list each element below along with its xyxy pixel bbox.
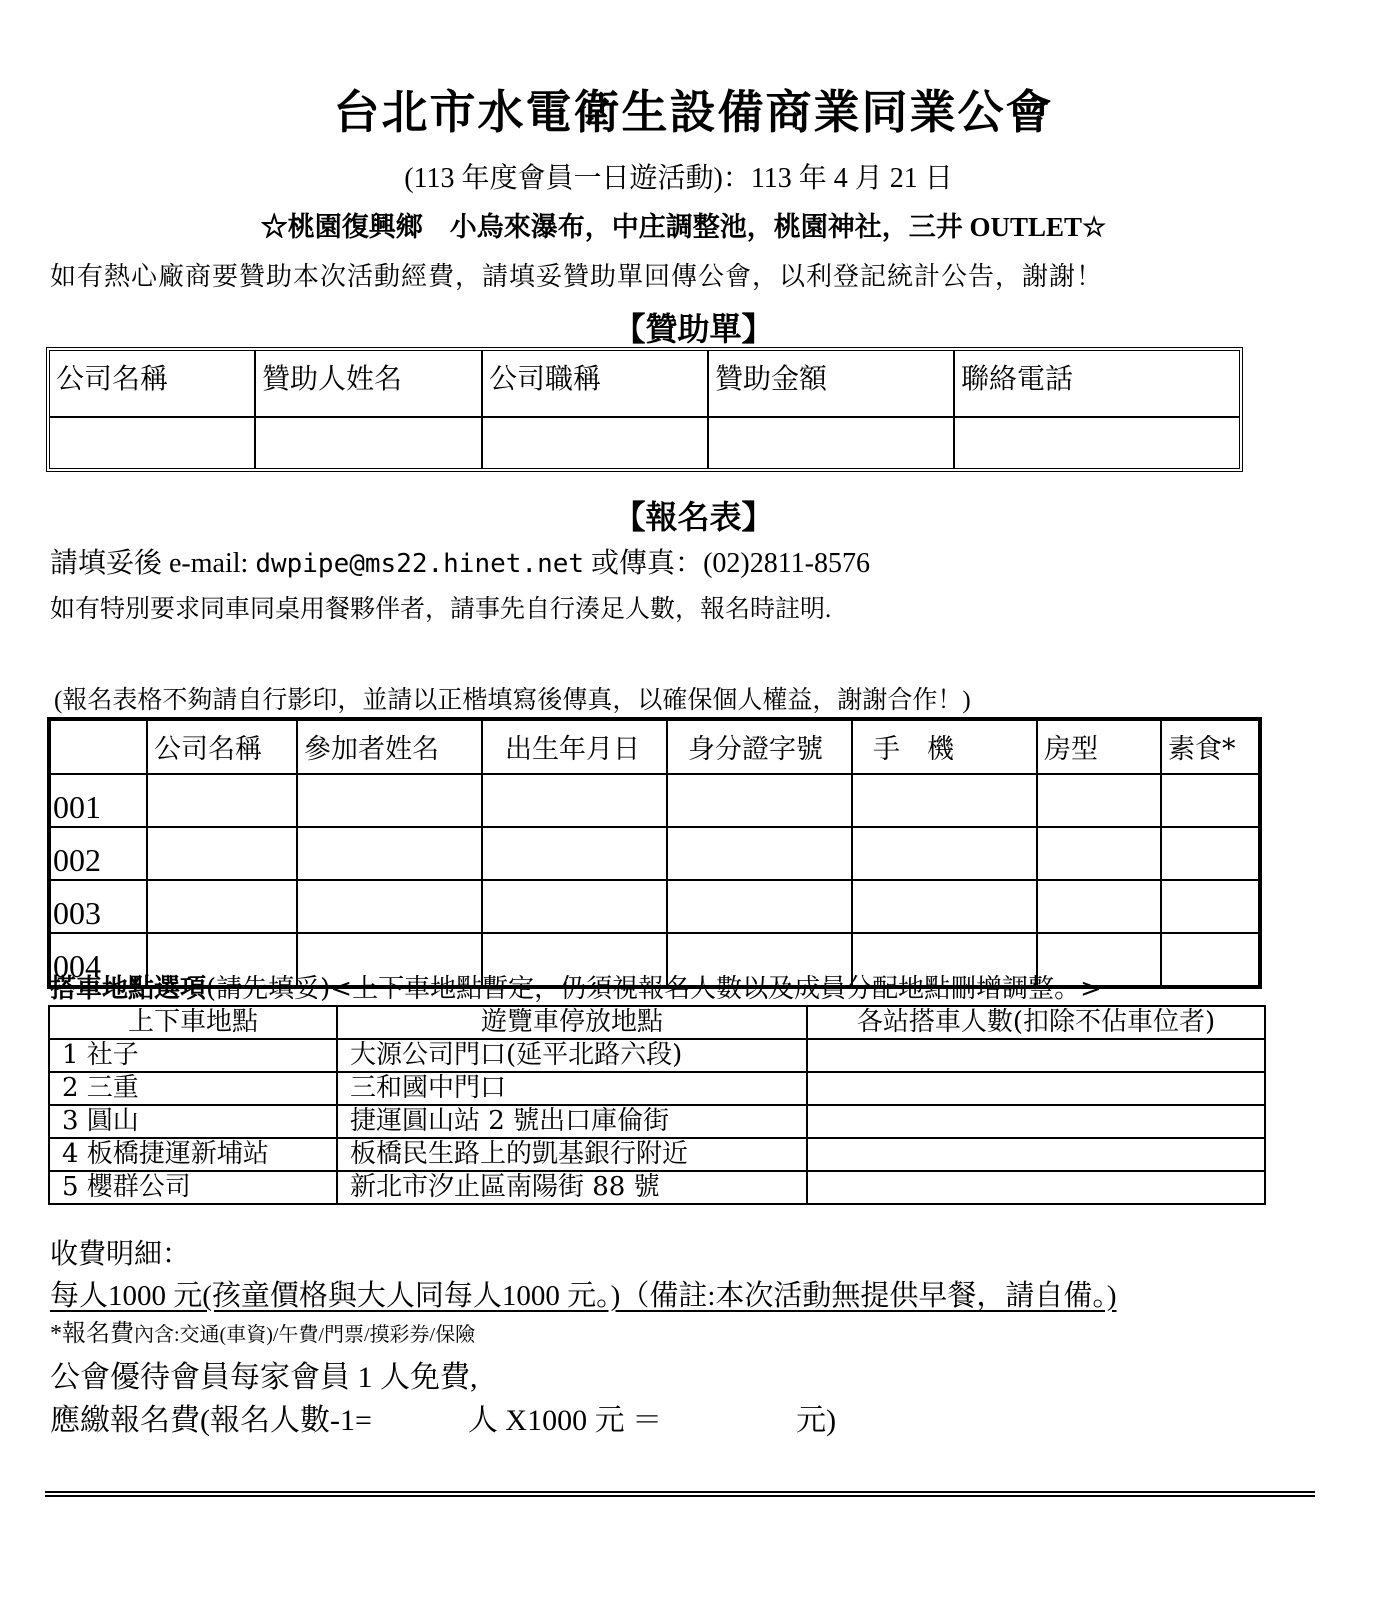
registration-table: 公司名稱 參加者姓名 出生年月日 身分證字號 手 機 房型 素食* 001 00…: [47, 717, 1262, 989]
formula-part-end: 元): [796, 1404, 836, 1437]
sponsor-table: 公司名稱 贊助人姓名 公司職稱 贊助金額 聯絡電話: [50, 351, 1239, 468]
sponsor-col-company: 公司名稱: [50, 351, 255, 417]
fax-label: 或傳真：: [584, 548, 703, 579]
participant-field[interactable]: [297, 827, 482, 880]
sponsor-table-frame: 公司名稱 贊助人姓名 公司職稱 贊助金額 聯絡電話: [46, 347, 1243, 472]
contact-prefix: 請填妥後 e-mail:: [50, 548, 255, 579]
fax-number: (02)2811-8576: [703, 548, 870, 579]
registration-row: 003: [49, 880, 1260, 933]
boarding-header-row: 上下車地點 遊覽車停放地點 各站搭車人數(扣除不佔車位者): [49, 1006, 1265, 1039]
passenger-count-field[interactable]: [807, 1039, 1265, 1072]
reg-col-id-number: 身分證字號: [667, 719, 852, 774]
sponsor-col-name: 贊助人姓名: [255, 351, 482, 417]
reg-col-participant: 參加者姓名: [297, 719, 482, 774]
passenger-count-field[interactable]: [807, 1072, 1265, 1105]
vegetarian-field[interactable]: [1161, 933, 1260, 987]
company-field[interactable]: [147, 827, 297, 880]
sponsor-phone-field[interactable]: [954, 417, 1239, 468]
participant-field[interactable]: [297, 774, 482, 827]
page-title: 台北市水電衛生設備商業同業公會: [0, 76, 1387, 142]
boarding-row: 5 櫻群公司 新北市汐止區南陽街 88 號: [49, 1171, 1265, 1204]
parking-location: 大源公司門口(延平北路六段): [337, 1039, 807, 1072]
sponsor-note: 如有熱心廠商要贊助本次活動經費，請填妥贊助單回傳公會，以利登記統計公告，謝謝！: [50, 256, 1103, 293]
contact-line: 請填妥後 e-mail: dwpipe@ms22.hinet.net 或傳真：(…: [50, 541, 870, 581]
company-field[interactable]: [147, 880, 297, 933]
reg-col-company: 公司名稱: [147, 719, 297, 774]
fee-includes: *報名費內含:交通(車資)/午費/門票/摸彩券/保險: [50, 1313, 475, 1348]
fee-formula: 應繳報名費(報名人數-1=人 X1000 元 ＝元): [50, 1395, 836, 1439]
boarding-row: 1 社子 大源公司門口(延平北路六段): [49, 1039, 1265, 1072]
fee-includes-detail: 內含:交通(車資)/午費/門票/摸彩券/保險: [134, 1324, 475, 1346]
sponsor-name-field[interactable]: [255, 417, 482, 468]
boarding-row: 2 三重 三和國中門口: [49, 1072, 1265, 1105]
sponsor-col-amount: 贊助金額: [708, 351, 954, 417]
event-locations: ☆桃園復興鄉 小烏來瀑布，中庄調整池，桃園神社，三井 OUTLET☆: [0, 205, 1367, 244]
registration-row: 001: [49, 774, 1260, 827]
room-type-field[interactable]: [1037, 774, 1161, 827]
reg-col-birthdate: 出生年月日: [482, 719, 667, 774]
boarding-heading: 搭車地點選項(請先填妥)<上下車地點暫定，仍須視報名人數以及成員分配地點刪增調整…: [50, 968, 1102, 1005]
sponsor-company-field[interactable]: [50, 417, 255, 468]
company-field[interactable]: [147, 774, 297, 827]
id-number-field[interactable]: [667, 827, 852, 880]
parking-location: 捷運圓山站 2 號出口庫倫街: [337, 1105, 807, 1138]
boarding-heading-note: (請先填妥)<上下車地點暫定，仍須視報名人數以及成員分配地點刪增調整。>: [206, 974, 1102, 1004]
reg-col-mobile: 手 機: [852, 719, 1037, 774]
mobile-field[interactable]: [852, 880, 1037, 933]
boarding-row: 4 板橋捷運新埔站 板橋民生路上的凱基銀行附近: [49, 1138, 1265, 1171]
boarding-row: 3 圓山 捷運圓山站 2 號出口庫倫街: [49, 1105, 1265, 1138]
formula-part-count: 應繳報名費(報名人數-1=: [50, 1404, 372, 1437]
formula-part-rate: 人 X1000 元 ＝: [468, 1404, 662, 1437]
room-type-field[interactable]: [1037, 880, 1161, 933]
stop-name: 1 社子: [49, 1039, 337, 1072]
parking-location: 板橋民生路上的凱基銀行附近: [337, 1138, 807, 1171]
fee-details-title: 收費明細：: [50, 1232, 190, 1272]
board-col-stop: 上下車地點: [49, 1006, 337, 1039]
board-col-parking: 遊覽車停放地點: [337, 1006, 807, 1039]
member-free-note: 公會優待會員每家會員 1 人免費,: [50, 1352, 478, 1396]
mobile-field[interactable]: [852, 827, 1037, 880]
participant-field[interactable]: [297, 880, 482, 933]
fee-includes-prefix: *報名費: [50, 1321, 134, 1347]
passenger-count-field[interactable]: [807, 1138, 1265, 1171]
reg-col-vegetarian: 素食*: [1161, 719, 1260, 774]
birthdate-field[interactable]: [482, 880, 667, 933]
board-col-count: 各站搭車人數(扣除不佔車位者): [807, 1006, 1265, 1039]
boarding-heading-bold: 搭車地點選項: [50, 974, 206, 1004]
vegetarian-field[interactable]: [1161, 827, 1260, 880]
copy-note: (報名表格不夠請自行影印，並請以正楷填寫後傳真，以確保個人權益，謝謝合作！): [54, 680, 971, 716]
stop-name: 3 圓山: [49, 1105, 337, 1138]
id-number-field[interactable]: [667, 880, 852, 933]
special-request-note: 如有特別要求同車同桌用餐夥伴者，請事先自行湊足人數，報名時註明.: [50, 589, 831, 625]
birthdate-field[interactable]: [482, 827, 667, 880]
event-date-subtitle: (113 年度會員一日遊活動)：113 年 4 月 21 日: [0, 156, 1357, 196]
room-type-field[interactable]: [1037, 827, 1161, 880]
stop-name: 4 板橋捷運新埔站: [49, 1138, 337, 1171]
reg-col-number: [49, 719, 147, 774]
mobile-field[interactable]: [852, 774, 1037, 827]
reg-col-room-type: 房型: [1037, 719, 1161, 774]
vegetarian-field[interactable]: [1161, 774, 1260, 827]
boarding-table: 上下車地點 遊覽車停放地點 各站搭車人數(扣除不佔車位者) 1 社子 大源公司門…: [48, 1005, 1266, 1205]
email-link[interactable]: dwpipe@ms22.hinet.net: [255, 549, 584, 579]
row-number: 003: [49, 880, 147, 933]
registration-heading: 【報名表】: [0, 492, 1387, 538]
row-number: 002: [49, 827, 147, 880]
birthdate-field[interactable]: [482, 774, 667, 827]
registration-header-row: 公司名稱 參加者姓名 出生年月日 身分證字號 手 機 房型 素食*: [49, 719, 1260, 774]
bottom-double-rule: [45, 1491, 1315, 1497]
passenger-count-field[interactable]: [807, 1171, 1265, 1204]
sponsor-col-title: 公司職稱: [482, 351, 708, 417]
registration-row: 002: [49, 827, 1260, 880]
parking-location: 新北市汐止區南陽街 88 號: [337, 1171, 807, 1204]
fee-per-person: 每人1000 元(孩童價格與大人同每人1000 元。)（備註:本次活動無提供早餐…: [50, 1273, 1117, 1314]
sponsor-form-heading: 【贊助單】: [0, 304, 1387, 350]
sponsor-col-phone: 聯絡電話: [954, 351, 1239, 417]
sponsor-amount-field[interactable]: [708, 417, 954, 468]
row-number: 001: [49, 774, 147, 827]
parking-location: 三和國中門口: [337, 1072, 807, 1105]
sponsor-entry-row: [50, 417, 1239, 468]
stop-name: 5 櫻群公司: [49, 1171, 337, 1204]
passenger-count-field[interactable]: [807, 1105, 1265, 1138]
id-number-field[interactable]: [667, 774, 852, 827]
sponsor-title-field[interactable]: [482, 417, 708, 468]
vegetarian-field[interactable]: [1161, 880, 1260, 933]
sponsor-header-row: 公司名稱 贊助人姓名 公司職稱 贊助金額 聯絡電話: [50, 351, 1239, 417]
stop-name: 2 三重: [49, 1072, 337, 1105]
